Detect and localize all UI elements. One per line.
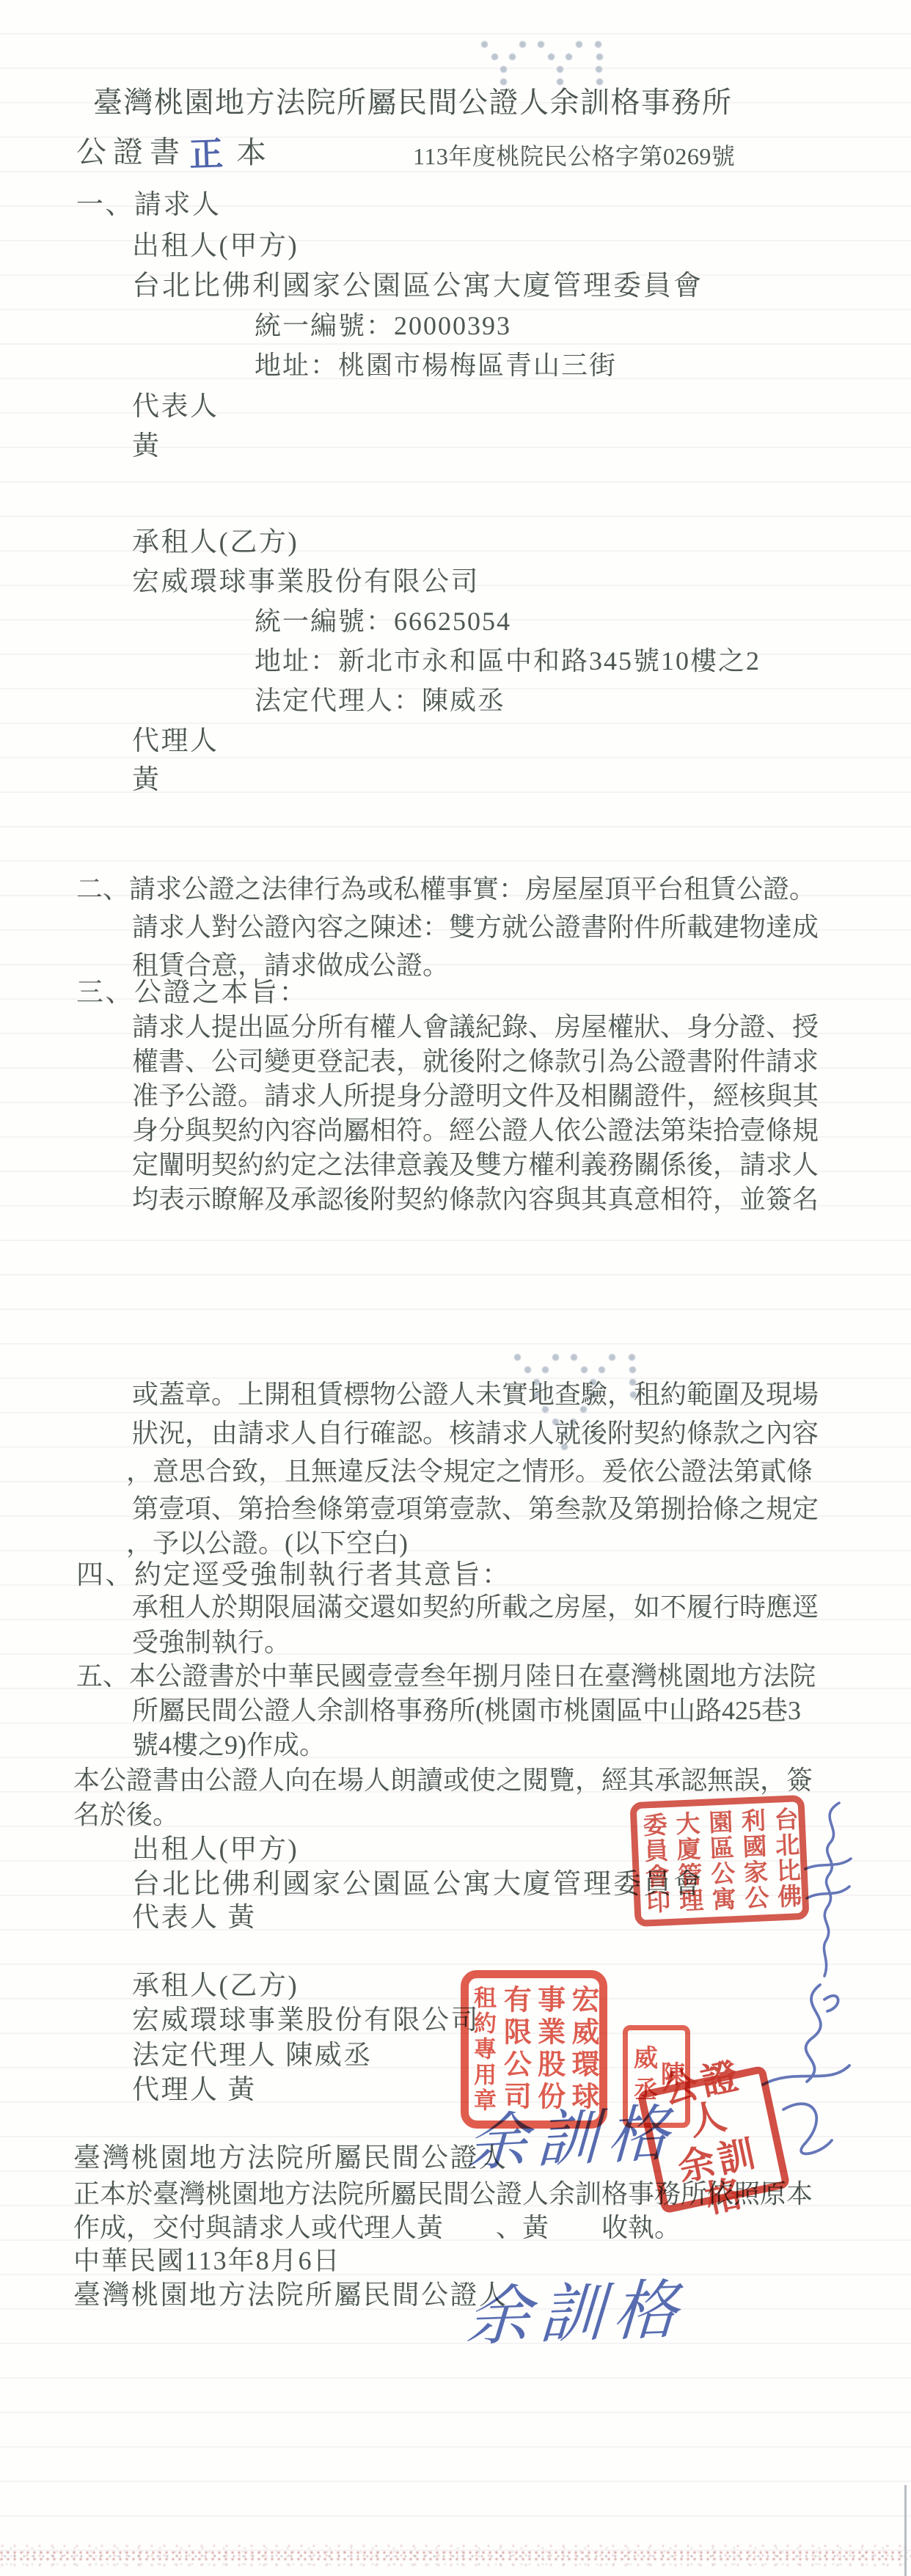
scan-noise-band [0, 2550, 911, 2561]
paragraph-line: 定闡明契約約定之法律意義及雙方權利義務關係後，請求人 [132, 1149, 819, 1180]
section3-heading: 三、公證之本旨： [76, 977, 308, 1009]
watermark-dot [596, 53, 604, 61]
watermark-dot [541, 1366, 549, 1374]
date-line: 中華民國113年8月6日 [73, 2245, 341, 2276]
copy-statement-line: 作成，交付與請求人或代理人黃 、黃 收執。 [73, 2212, 681, 2243]
notary-label: 臺灣桃園地方法院所屬民間公證人 [73, 2143, 508, 2175]
seal-column: 園區公寓 [705, 1809, 733, 1912]
watermark-dot [608, 1353, 616, 1361]
watermark-dot [552, 1353, 560, 1361]
seal-column: 大廈管理 [673, 1810, 701, 1914]
paragraph-line: 第壹項、第拾叁條第壹項第壹款、第叁款及第捌拾條之規定 [132, 1493, 819, 1524]
lessee-agent-label: 代理人 [132, 725, 219, 758]
lessor-role: 出租人(甲方) [132, 230, 299, 263]
watermark-dot [594, 40, 602, 48]
section2-line: 二、請求公證之法律行為或私權事實：房屋屋頂平台租賃公證。 [76, 874, 816, 904]
watermark-dot [629, 1366, 637, 1374]
watermark-dot [524, 1366, 532, 1374]
paragraph-line: ，予以公證。(以下空白) [126, 1528, 408, 1559]
paragraph-line: 或蓋章。上開租賃標物公證人未實地查驗，租約範圍及現場 [132, 1379, 819, 1410]
paragraph-line: 請求人提出區分所有權人會議紀錄、房屋權狀、身分證、授 [132, 1011, 819, 1042]
section5-line: 號4樓之9)作成。 [132, 1730, 326, 1760]
section5-line: 五、本公證書於中華民國壹壹叁年捌月陸日在臺灣桃園地方法院 [76, 1661, 816, 1691]
watermark-dot [537, 40, 545, 48]
scan-edge-line [904, 2485, 907, 2576]
lessor-rep-name: 黃 [132, 431, 161, 463]
notary-label: 臺灣桃園地方法院所屬民間公證人 [73, 2280, 508, 2312]
paragraph-line: ，意思合致，且無違反法令規定之情形。爰依公證法第貳條 [126, 1456, 813, 1487]
notary-handwritten-signature: 余訓格 [465, 2083, 679, 2183]
closing-lessor-rep: 代表人 黃 [132, 1902, 257, 1934]
lessor-address: 地址：桃園市楊梅區青山三街 [255, 350, 617, 381]
watermark-dot [480, 40, 489, 48]
watermark-dot [598, 1366, 606, 1374]
paragraph-line: 權書、公司變更登記表，就後附之條款引為公證書附件請求 [132, 1046, 819, 1077]
watermark-dot [556, 65, 564, 73]
watermark-dot [513, 1353, 522, 1361]
watermark-dot [519, 40, 527, 48]
lessor-rep-label: 代表人 [132, 391, 219, 423]
committee-seal-text: 台北比佛 利國家公 園區公寓 大廈管理 委員會印 [637, 1801, 802, 1920]
closing-lessee-agent: 代理人 黃 [132, 2074, 257, 2107]
lessee-name: 宏威環球事業股份有限公司 [132, 566, 480, 599]
section2-line: 請求人對公證內容之陳述：雙方就公證書附件所載建物達成 [132, 912, 819, 943]
section5-line: 所屬民間公證人余訓格事務所(桃園市桃園區中山路425巷3 [132, 1695, 801, 1726]
watermark-dot [491, 53, 499, 61]
paragraph-line: 狀況，由請求人自行確認。核請求人就後附契約條款之內容 [132, 1418, 819, 1449]
notary-handwritten-signature: 余訓格 [464, 2258, 689, 2359]
lessee-legal-rep: 法定代理人：陳威丞 [255, 685, 505, 716]
watermark-dot [580, 1366, 588, 1374]
lessee-role: 承租人(乙方) [132, 527, 299, 559]
copy-type-suffix: 本 [236, 135, 266, 170]
paragraph-line: 身分與契約內容尚屬相符。經公證人依公證法第柒拾壹條規 [132, 1115, 819, 1146]
lessee-signature-squiggle [751, 1980, 855, 2173]
closing-lessee-legal-rep: 法定代理人 陳威丞 [132, 2040, 373, 2072]
watermark-dot [595, 65, 603, 73]
lessor-name: 台北比佛利國家公園區公寓大廈管理委員會 [132, 270, 703, 303]
watermark-dot [547, 53, 555, 61]
paragraph-line: 均表示瞭解及承認後附契約條款內容與其真意相符，並簽名 [132, 1184, 819, 1215]
read-statement-line: 名於後。 [73, 1799, 179, 1830]
notarial-certificate-page: 臺灣桃園地方法院所屬民間公證人余訓格事務所 公證書 正 本 113年度桃院民公格… [0, 0, 911, 2576]
watermark-dot [508, 53, 516, 61]
watermark-dot [500, 65, 508, 73]
seal-column: 利國家公 [738, 1807, 767, 1911]
case-number: 113年度桃院民公格字第0269號 [413, 143, 735, 171]
closing-lessor-name: 台北比佛利國家公園區公寓大廈管理委員會 [132, 1868, 703, 1901]
watermark-dot [565, 53, 573, 61]
lessor-uniform-number: 統一編號：20000393 [255, 310, 511, 341]
lessor-rep-signature-squiggle [797, 1797, 858, 1985]
copy-type-stamp: 正 [189, 127, 224, 177]
section4-heading: 四、約定逕受強制執行者其意旨： [76, 1559, 511, 1592]
closing-lessee-name: 宏威環球事業股份有限公司 [132, 2005, 480, 2037]
paragraph-line: 准予公證。請求人所提身分證明文件及相關證件，經核與其 [132, 1080, 819, 1111]
lessee-address: 地址：新北市永和區中和路345號10樓之2 [255, 645, 761, 676]
watermark-dot [570, 1353, 578, 1361]
office-title: 臺灣桃園地方法院所屬民間公證人余訓格事務所 [93, 85, 733, 120]
closing-lessor-role: 出租人(甲方) [132, 1834, 299, 1866]
seal-column: 委員會印 [640, 1812, 668, 1915]
paragraph-line: 受強制執行。 [132, 1627, 290, 1658]
watermark-dot [575, 40, 583, 48]
seal-column: 台北比佛 [771, 1806, 800, 1909]
read-statement-line: 本公證書由公證人向在場人朗讀或使之閱覽，經其承認無誤，簽 [73, 1765, 813, 1796]
committee-seal: 台北比佛 利國家公 園區公寓 大廈管理 委員會印 [629, 1795, 809, 1927]
paragraph-line: 承租人於期限屆滿交還如契約所載之房屋，如不履行時應逕 [132, 1592, 819, 1622]
lessee-agent-name: 黃 [132, 764, 161, 797]
lessee-uniform-number: 統一編號：66625054 [255, 606, 511, 637]
watermark-dot [628, 1353, 636, 1361]
closing-lessee-role: 承租人(乙方) [132, 1970, 299, 2002]
doc-type: 公證書 [76, 134, 186, 169]
section1-heading: 一、請求人 [76, 189, 222, 222]
